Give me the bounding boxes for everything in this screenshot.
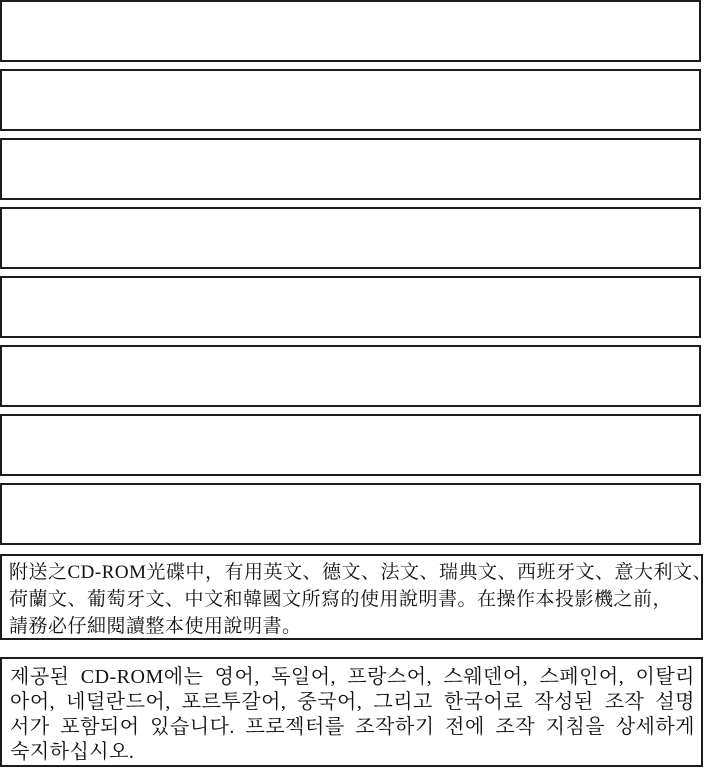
empty-notice-box-4 [0, 207, 701, 269]
empty-notice-box-1 [0, 0, 701, 62]
empty-notice-box-6 [0, 345, 701, 407]
korean-notice-line-2: 아어, 네덜란드어, 포르투갈어, 중국어, 그리고 한국어로 작성된 조작 설… [10, 690, 695, 715]
chinese-notice-line-3: 請務必仔細閱讀整本使用說明書。 [9, 613, 697, 640]
chinese-notice-box: 附送之CD-ROM光碟中，有用英文、德文、法文、瑞典文、西班牙文、意大利文、 荷… [0, 554, 703, 640]
korean-notice-line-4: 숙지하십시오. [10, 740, 695, 765]
empty-notice-box-2 [0, 69, 701, 131]
empty-notice-box-7 [0, 414, 701, 476]
chinese-notice-line-1: 附送之CD-ROM光碟中，有用英文、德文、法文、瑞典文、西班牙文、意大利文、 [9, 559, 697, 586]
manual-page: 附送之CD-ROM光碟中，有用英文、德文、法文、瑞典文、西班牙文、意大利文、 荷… [0, 0, 704, 768]
empty-notice-box-5 [0, 276, 701, 338]
empty-notice-boxes [0, 0, 704, 545]
korean-notice-line-3: 서가 포함되어 있습니다. 프로젝터를 조작하기 전에 조작 지침을 상세하게 [10, 715, 695, 740]
korean-notice-line-1: 제공된 CD-ROM에는 영어, 독일어, 프랑스어, 스웨덴어, 스페인어, … [10, 665, 695, 690]
empty-notice-box-3 [0, 138, 701, 200]
chinese-notice-line-2: 荷蘭文、葡萄牙文、中文和韓國文所寫的使用說明書。在操作本投影機之前， [9, 586, 697, 613]
korean-notice-box: 제공된 CD-ROM에는 영어, 독일어, 프랑스어, 스웨덴어, 스페인어, … [0, 657, 703, 767]
empty-notice-box-8 [0, 483, 701, 545]
